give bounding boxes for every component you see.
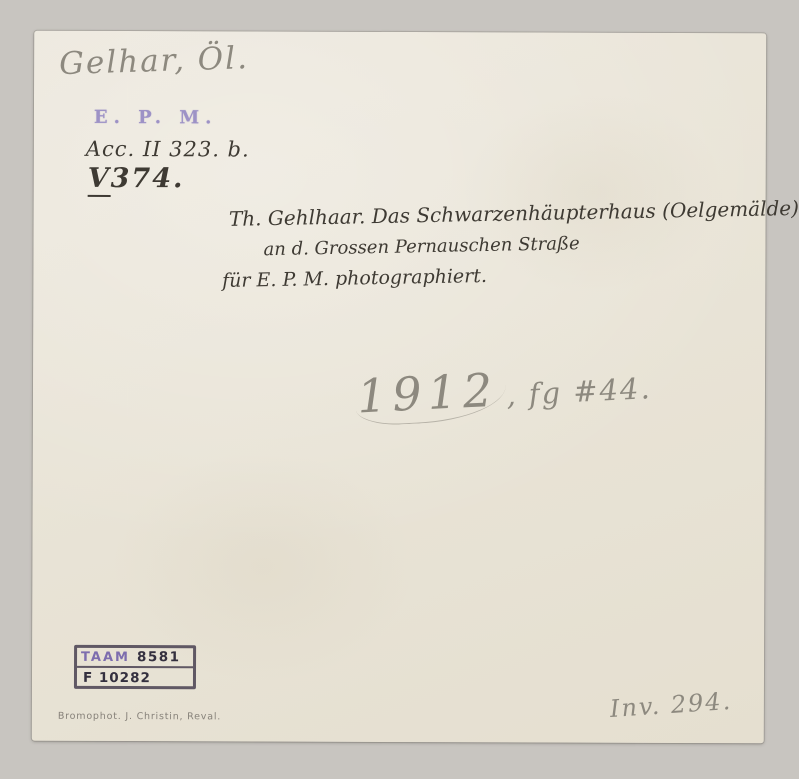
scan-background: Gelhar, Öl. E. P. M. Acc. II 323. b. V37… [0,0,799,779]
f-number: F 10282 [83,669,151,685]
epm-museum-stamp: E. P. M. [94,107,218,128]
stamp-box-row-1: TAAM 8581 [77,648,193,668]
inventory-pencil-note: Inv. 294. [609,687,733,723]
main-inscription: Th. Gehlhaar. Das Schwarzenhäupterhaus (… [229,193,799,297]
date-figure-number: , fg #44. [506,371,653,412]
date-pencil-note: 1912, fg #44. [354,355,653,423]
shelf-mark-number: 374. [111,163,185,194]
stamp-box-row-2: F 10282 [77,668,193,687]
shelf-mark: V374. [88,163,185,194]
artist-pencil-note: Gelhar, Öl. [59,40,250,82]
shelf-mark-letter: V [88,163,111,197]
date-year: 1912 [354,362,508,426]
taam-archive-stamp-box: TAAM 8581 F 10282 [74,645,196,689]
taam-number: 8581 [137,649,181,665]
photo-verso-card: Gelhar, Öl. E. P. M. Acc. II 323. b. V37… [32,31,766,744]
taam-label: TAAM [81,649,130,664]
accession-number: Acc. II 323. b. [86,137,250,162]
photographer-imprint: Bromophot. J. Christin, Reval. [58,711,221,723]
